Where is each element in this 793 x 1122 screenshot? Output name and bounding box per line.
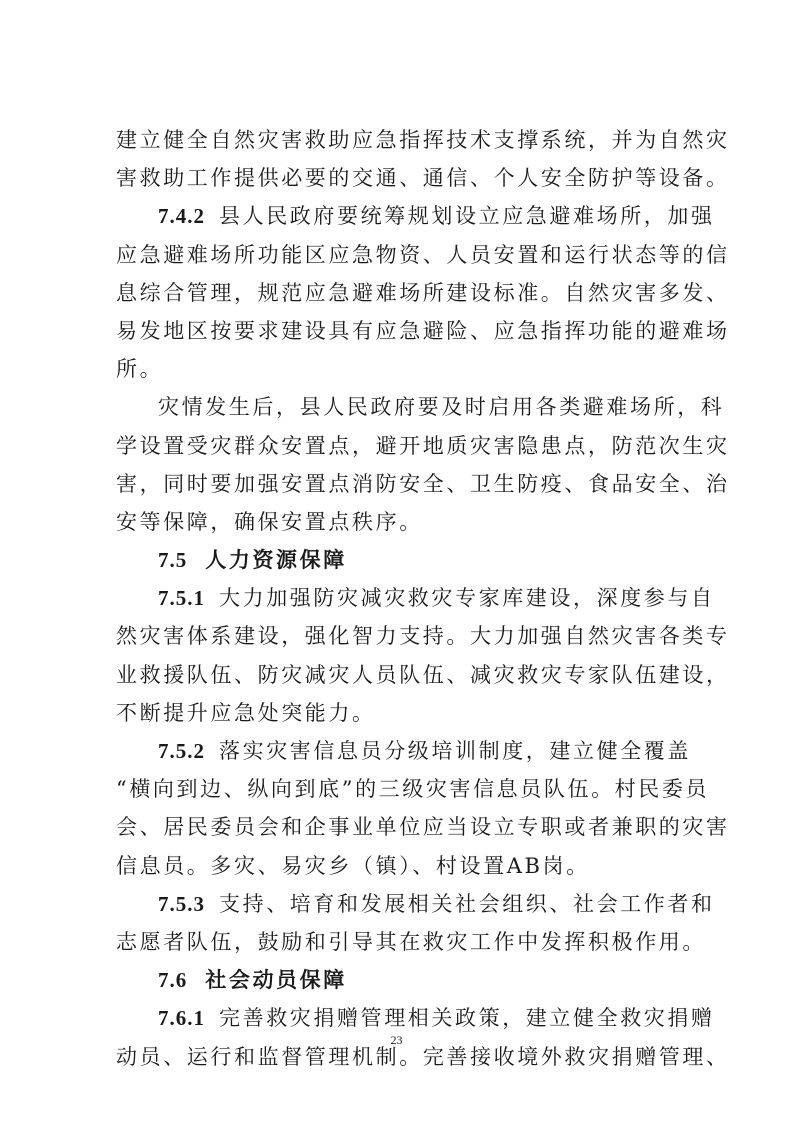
section-7-5-1-first-line: 7.5.1大力加强防灾减灾救灾专家库建设，深度参与自 — [116, 579, 682, 617]
paragraph-line: 害，同时要加强安置点消防安全、卫生防疫、食品安全、治 — [116, 465, 682, 503]
paragraph-line: “横向到边、纵向到底”的三级灾害信息员队伍。村民委员 — [116, 770, 682, 808]
paragraph-text: 落实灾害信息员分级培训制度，建立健全覆盖 — [219, 739, 691, 763]
section-heading-7-6: 7.6社会动员保障 — [116, 961, 682, 999]
page-number: 23 — [0, 1033, 793, 1048]
section-number: 7.5 — [158, 548, 187, 572]
section-7-6-1-first-line: 7.6.1完善救灾捐赠管理相关政策，建立健全救灾捐赠 — [116, 999, 682, 1037]
section-number: 7.5.1 — [158, 586, 205, 610]
section-number: 7.5.2 — [158, 739, 205, 763]
section-number: 7.6.1 — [158, 1006, 205, 1030]
paragraph-line: 信息员。多灾、易灾乡（镇）、村设置AB岗。 — [116, 847, 682, 885]
section-number: 7.6 — [158, 968, 187, 992]
section-title: 人力资源保障 — [205, 548, 347, 572]
paragraph-line: 应急避难场所功能区应急物资、人员安置和运行状态等的信 — [116, 236, 682, 274]
paragraph-text: 支持、培育和发展相关社会组织、社会工作者和 — [219, 892, 715, 916]
paragraph-first-line: 灾情发生后，县人民政府要及时启用各类避难场所，科 — [116, 388, 682, 426]
section-7-5-3-first-line: 7.5.3支持、培育和发展相关社会组织、社会工作者和 — [116, 885, 682, 923]
paragraph-line: 志愿者队伍，鼓励和引导其在救灾工作中发挥积极作用。 — [116, 923, 682, 961]
paragraph-line: 安等保障，确保安置点秩序。 — [116, 503, 682, 541]
section-title: 社会动员保障 — [205, 968, 347, 992]
paragraph-text: 大力加强防灾减灾救灾专家库建设，深度参与自 — [219, 586, 715, 610]
paragraph-text: 完善救灾捐赠管理相关政策，建立健全救灾捐赠 — [219, 1006, 715, 1030]
paragraph-line: 易发地区按要求建设具有应急避险、应急指挥功能的避难场 — [116, 312, 682, 350]
paragraph-line: 害救助工作提供必要的交通、通信、个人安全防护等设备。 — [116, 159, 682, 197]
paragraph-line: 学设置受灾群众安置点，避开地质灾害隐患点，防范次生灾 — [116, 427, 682, 465]
paragraph-line: 然灾害体系建设，强化智力支持。大力加强自然灾害各类专 — [116, 617, 682, 655]
document-page: 建立健全自然灾害救助应急指挥技术支撑系统，并为自然灾 害救助工作提供必要的交通、… — [116, 121, 682, 1076]
paragraph-line: 业救援队伍、防灾减灾人员队伍、减灾救灾专家队伍建设， — [116, 656, 682, 694]
section-number: 7.4.2 — [158, 204, 205, 228]
section-7-4-2-first-line: 7.4.2县人民政府要统筹规划设立应急避难场所，加强 — [116, 197, 682, 235]
paragraph-text: 县人民政府要统筹规划设立应急避难场所，加强 — [219, 204, 715, 228]
paragraph-line: 不断提升应急处突能力。 — [116, 694, 682, 732]
section-heading-7-5: 7.5人力资源保障 — [116, 541, 682, 579]
paragraph-line: 建立健全自然灾害救助应急指挥技术支撑系统，并为自然灾 — [116, 121, 682, 159]
section-number: 7.5.3 — [158, 892, 205, 916]
paragraph-line: 所。 — [116, 350, 682, 388]
section-7-5-2-first-line: 7.5.2落实灾害信息员分级培训制度，建立健全覆盖 — [116, 732, 682, 770]
paragraph-line: 息综合管理，规范应急避难场所建设标准。自然灾害多发、 — [116, 274, 682, 312]
paragraph-line: 会、居民委员会和企事业单位应当设立专职或者兼职的灾害 — [116, 808, 682, 846]
